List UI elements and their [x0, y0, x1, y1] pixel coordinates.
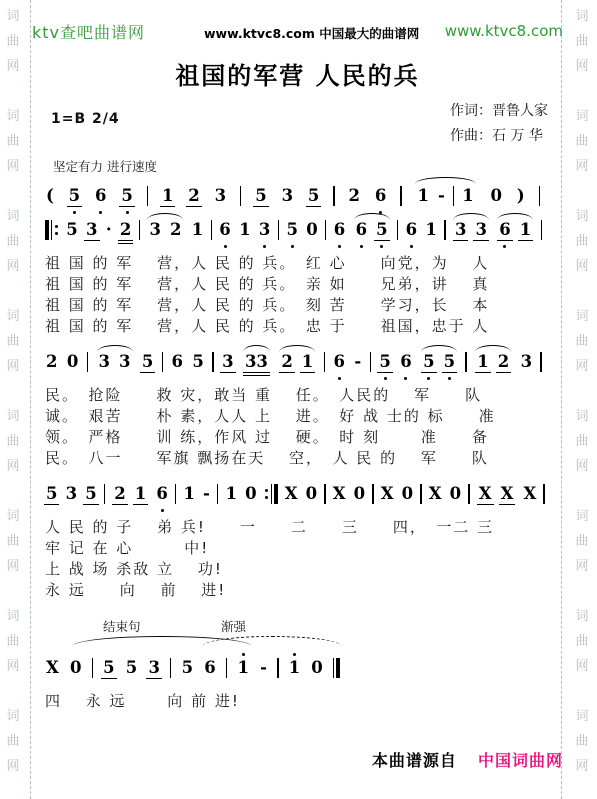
crescendo-arc [203, 636, 341, 646]
notation-line: X0553561-10 [45, 657, 340, 679]
lyric-line: 祖 国 的 军 营，人 民 的 兵。 刻 苦 学习，长 本 [45, 295, 550, 316]
notation-line: 5352161-10X0X0X0X0XXX [45, 483, 545, 505]
watermark-column-right: 词曲网词曲网词曲网词曲网词曲网词曲网词曲网词曲网 [572, 4, 592, 799]
footer-source-link[interactable]: 中国词曲网 [478, 751, 563, 770]
lyric-line: 四 永 远 向 前 进! [45, 691, 550, 712]
lyric-line: 民。 抢险 救 灾，敢当 重 任。 人民的 军 队 [45, 385, 550, 406]
song-meta: 1=B 2/4 作词：晋鲁人家 作曲：石 万 华 [45, 97, 550, 157]
right-dashed-divider [561, 0, 562, 799]
score-system-intro: (565123535261-10) [45, 185, 550, 207]
lyric-line: 诚。 艰苦 朴 素，人人 上 进。 好 战 士的 标 准 [45, 406, 550, 427]
site-name-link[interactable]: ktv查吧曲谱网 [32, 20, 145, 43]
lyric-line: 人 民 的 子 弟 兵! 一 二 三 四， 一二 三 [45, 517, 550, 538]
notation-line: (565123535261-10) [45, 185, 540, 207]
lyric-line: 祖 国 的 军 营，人 民 的 兵。 亲 如 兄弟，讲 真 [45, 274, 550, 295]
site-url-link[interactable]: www.ktvc8.com [445, 22, 563, 40]
footer-source-prefix: 本曲谱源自 [372, 751, 457, 770]
left-dashed-divider [30, 0, 31, 799]
lyric-line: 祖 国 的 军 营，人 民 的 兵。 红 心 向党，为 人 [45, 253, 550, 274]
footer: 本曲谱源自 中国词曲网 [0, 748, 597, 771]
lyric-line: 民。 八一 军旗 飘扬在天 空， 人 民 的 军 队 [45, 448, 550, 469]
lyrics-block: 民。 抢险 救 灾，敢当 重 任。 人民的 军 队诚。 艰苦 朴 素，人人 上 … [45, 385, 550, 469]
lyric-line: 永 远 向 前 进! [45, 580, 550, 601]
header: ktv查吧曲谱网 www.ktvc8.com 中国最大的曲谱网 www.ktvc… [32, 18, 563, 44]
score-system-ending: X0553561-10 四 永 远 向 前 进! [45, 657, 550, 712]
score-system-1: 53·232161350665613361 祖 国 的 军 营，人 民 的 兵。… [45, 219, 550, 337]
notation-line: 53·232161350665613361 [45, 219, 542, 241]
lyrics-block: 四 永 远 向 前 进! [45, 691, 550, 712]
lyric-line: 领。 严格 训 练，作风 过 硬。 时 刻 准 备 [45, 427, 550, 448]
score-content: 祖国的军营 人民的兵 1=B 2/4 作词：晋鲁人家 作曲：石 万 华 坚定有力… [45, 56, 550, 726]
sheet-music-page: 词曲网词曲网词曲网词曲网词曲网词曲网词曲网词曲网 词曲网词曲网词曲网词曲网词曲网… [0, 0, 597, 799]
song-title: 祖国的军营 人民的兵 [45, 56, 550, 91]
lyrics-block: 祖 国 的 军 营，人 民 的 兵。 红 心 向党，为 人祖 国 的 军 营，人… [45, 253, 550, 337]
lyrics-block: 人 民 的 子 弟 兵! 一 二 三 四， 一二 三牢 记 在 心 中!上 战 … [45, 517, 550, 601]
crescendo-label: 渐强 [221, 617, 246, 635]
ending-phrase-label: 结束句 [103, 617, 141, 635]
score-system-2: 2033565333216-5655123 民。 抢险 救 灾，敢当 重 任。 … [45, 351, 550, 469]
watermark-column-left: 词曲网词曲网词曲网词曲网词曲网词曲网词曲网词曲网 [3, 4, 23, 799]
credits: 作词：晋鲁人家 作曲：石 万 华 [450, 99, 548, 149]
site-tagline: www.ktvc8.com 中国最大的曲谱网 [204, 24, 419, 42]
lyric-line: 牢 记 在 心 中! [45, 538, 550, 559]
tempo-marking: 坚定有力 进行速度 [53, 157, 550, 175]
ending-annotations: 结束句 渐强 [45, 615, 550, 647]
notation-line: 2033565333216-5655123 [45, 351, 542, 373]
lyric-line: 祖 国 的 军 营，人 民 的 兵。 忠 于 祖国，忠于 人 [45, 316, 550, 337]
lyric-line: 上 战 场 杀敌 立 功! [45, 559, 550, 580]
lyricist-credit: 作词：晋鲁人家 [450, 99, 548, 124]
composer-credit: 作曲：石 万 华 [450, 124, 548, 149]
key-time-signature: 1=B 2/4 [51, 111, 120, 127]
score-system-3: 5352161-10X0X0X0X0XXX 人 民 的 子 弟 兵! 一 二 三… [45, 483, 550, 601]
